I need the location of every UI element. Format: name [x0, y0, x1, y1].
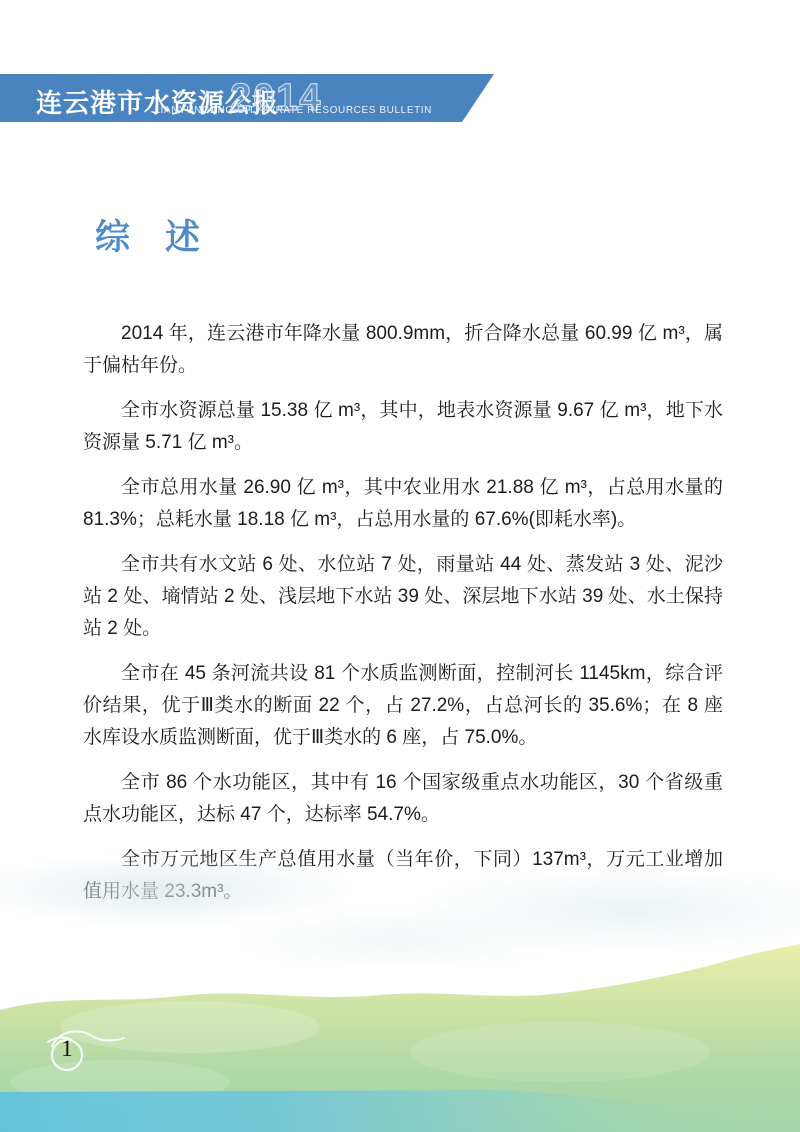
page-number: 1: [54, 1036, 80, 1062]
header-banner: 连云港市水资源公报 2014 LIANYUNGANG CITY WRATE RE…: [0, 74, 494, 122]
paragraph-water-resources: 全市水资源总量 15.38 亿 m³，其中，地表水资源量 9.67 亿 m³，地…: [83, 395, 723, 459]
header-banner-inner: 连云港市水资源公报 2014 LIANYUNGANG CITY WRATE RE…: [0, 74, 494, 122]
hill-highlight: [410, 1022, 710, 1082]
paragraph-water-usage: 全市总用水量 26.90 亿 m³，其中农业用水 21.88 亿 m³，占总用水…: [83, 472, 723, 536]
paragraph-water-quality: 全市在 45 条河流共设 81 个水质监测断面，控制河长 1145km，综合评价…: [83, 658, 723, 754]
swirl-ornament-icon: [36, 1022, 126, 1078]
document-page: 连云港市水资源公报 2014 LIANYUNGANG CITY WRATE RE…: [0, 0, 800, 1132]
paragraph-stations: 全市共有水文站 6 处、水位站 7 处，雨量站 44 处、蒸发站 3 处、泥沙站…: [83, 549, 723, 645]
paragraph-function-zones: 全市 86 个水功能区，其中有 16 个国家级重点水功能区，30 个省级重点水功…: [83, 767, 723, 831]
banner-subtitle: LIANYUNGANG CITY WRATE RESOURCES BULLETI…: [0, 105, 432, 116]
paragraph-rainfall: 2014 年，连云港市年降水量 800.9mm，折合降水总量 60.99 亿 m…: [83, 318, 723, 382]
section-title: 综 述: [95, 210, 200, 260]
